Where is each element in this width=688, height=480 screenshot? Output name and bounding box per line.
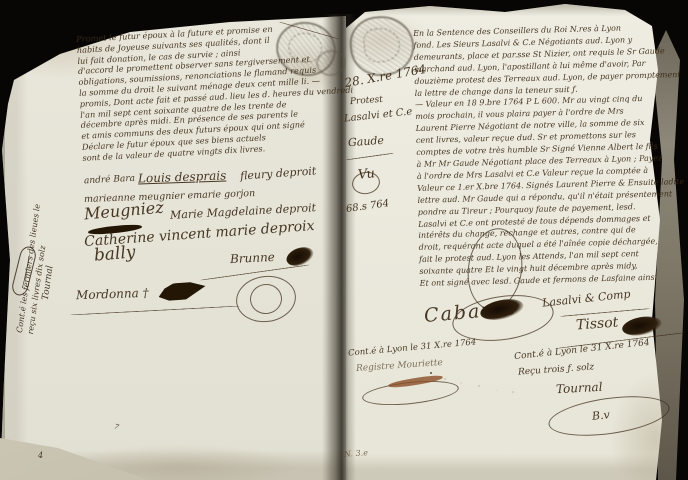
signature-bally: bally (93, 244, 136, 265)
corner-note: N. 3.e (344, 449, 368, 459)
signature-tissot: Tissot (576, 316, 619, 333)
left-page-body: Promet le futur époux à la future et pro… (76, 20, 344, 163)
signature-mordonna: Mordonna † (76, 287, 149, 302)
margin-party-gaude: Gaude (348, 135, 385, 148)
manuscript-scan: Promet le futur époux à la future et pro… (0, 0, 688, 480)
right-page-stamp-inner-icon (362, 26, 401, 64)
signature-tournal: Tournal (556, 381, 603, 395)
page-mark: 4 (38, 452, 43, 460)
ink-speckles (430, 372, 432, 374)
right-page-body: En la Sentence des Conseillers du Roi N.… (413, 21, 674, 289)
tournal-paraph-initials: B.v (591, 409, 610, 422)
signature-louis-desprais: Louis desprais (138, 169, 227, 184)
signature-brunne: Brunne (230, 251, 275, 265)
